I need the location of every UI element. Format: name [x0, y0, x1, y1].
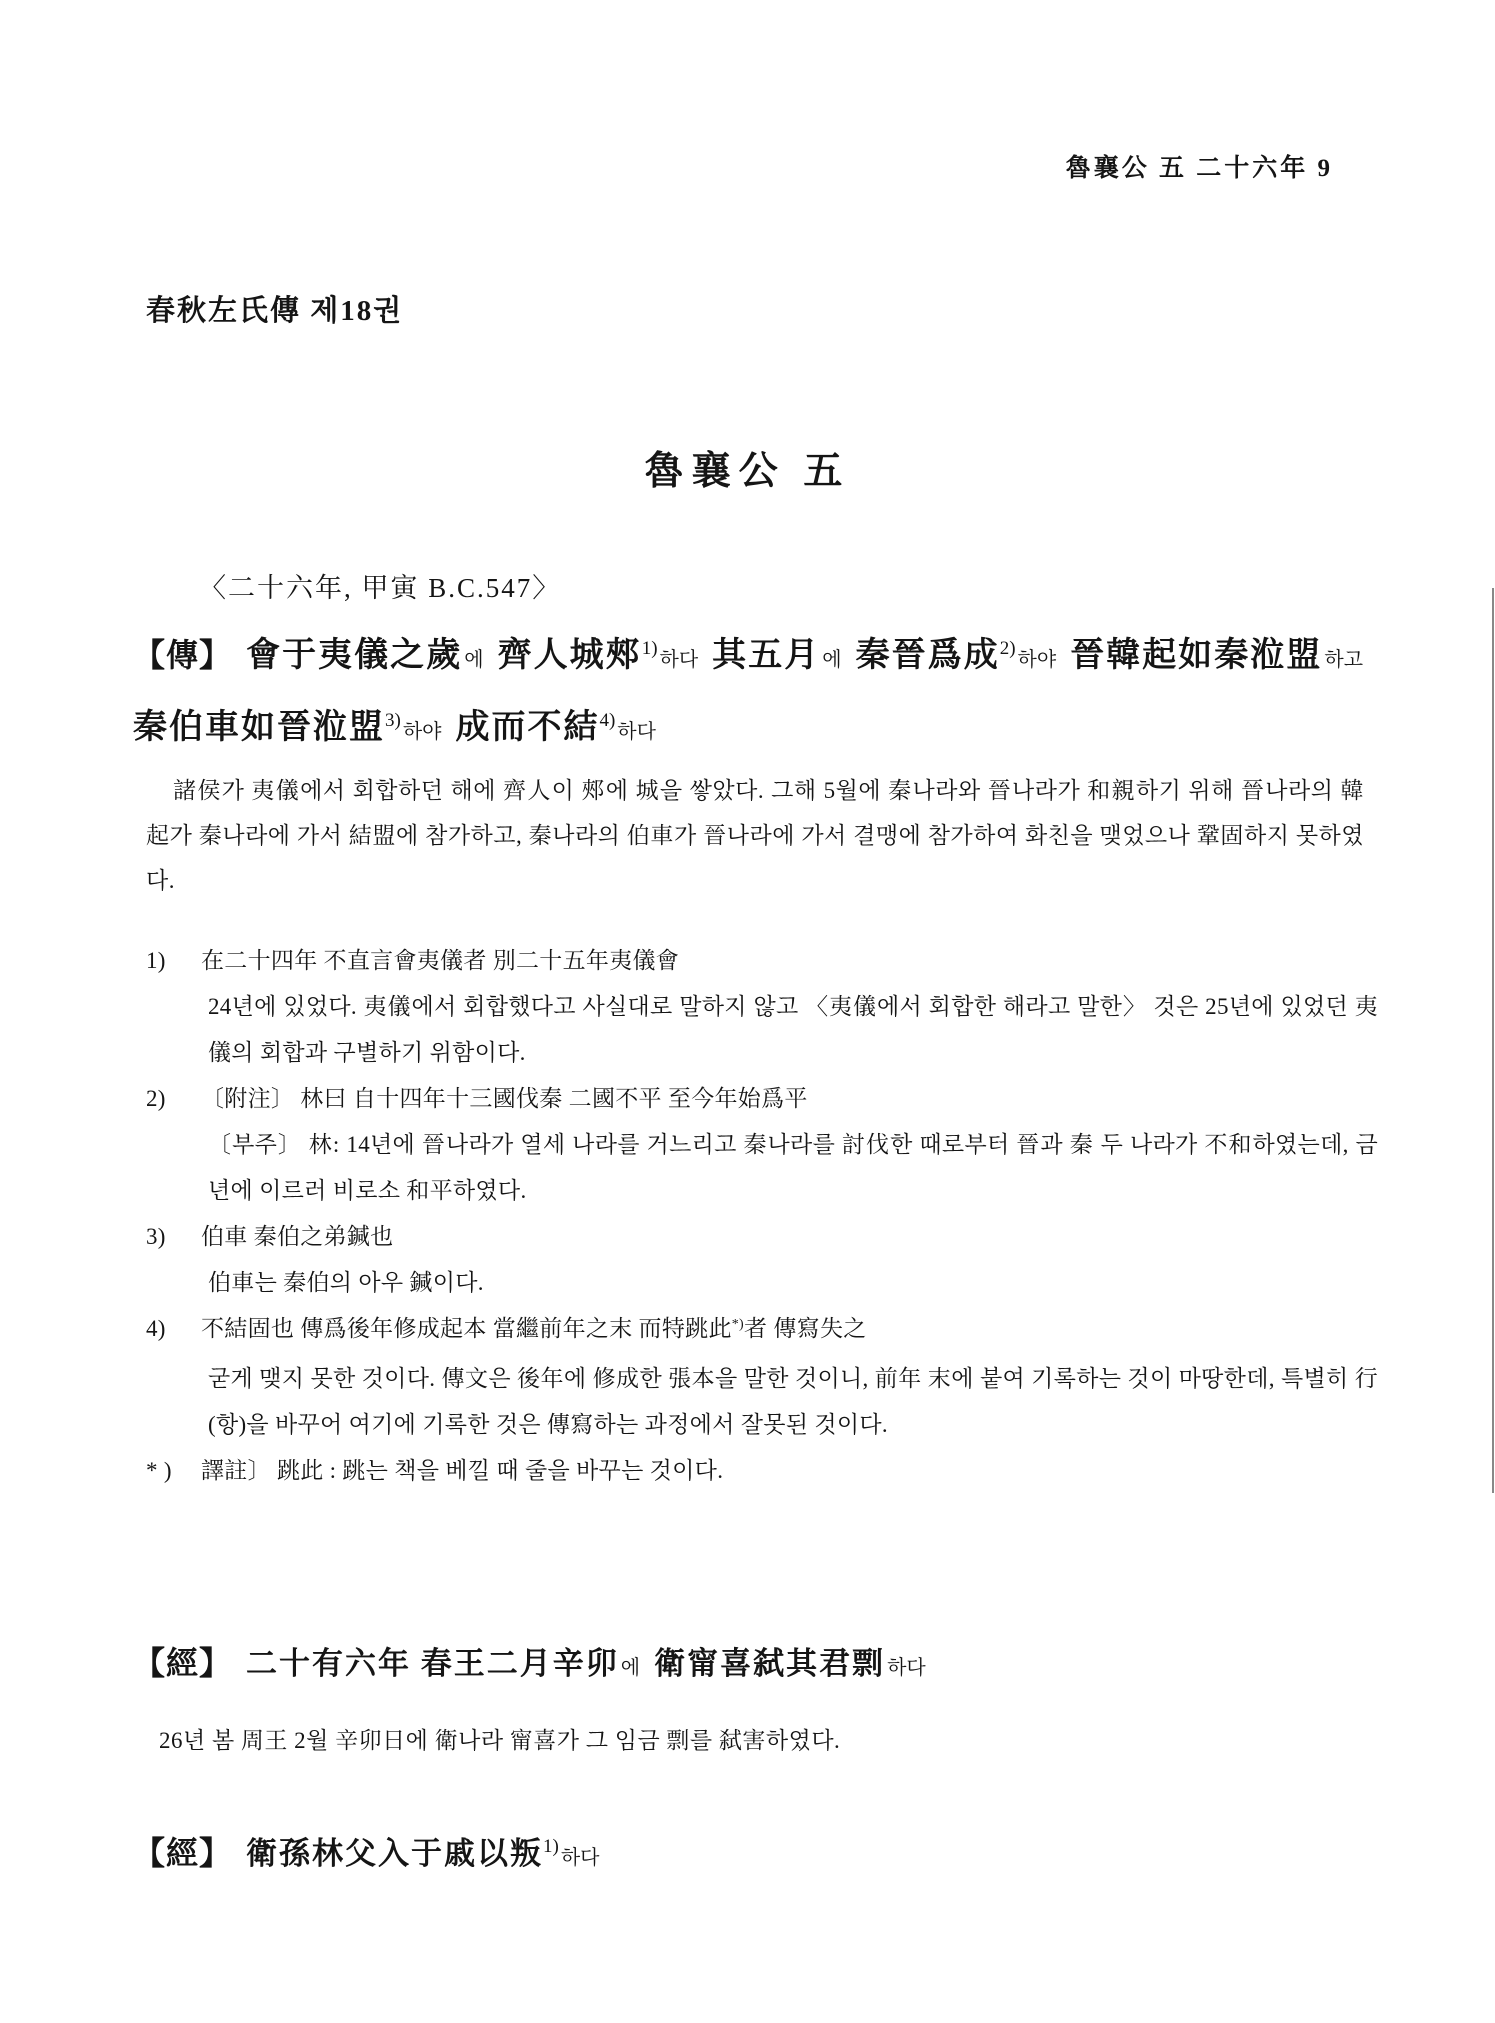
footnote-number: 2): [146, 1076, 201, 1122]
footnote-head-text: 譯註〕 跳此 : 跳는 책을 베낄 때 줄을 바꾸는 것이다.: [201, 1458, 723, 1483]
jeon-label: 【傳】: [133, 637, 232, 673]
footnote-head: 4)不結固也 傳爲後年修成起本 當繼前年之末 而特跳此*)者 傳寫失之: [146, 1306, 1378, 1356]
footnote-list: 1)在二十四年 不直言會夷儀者 別二十五年夷儀會 24년에 있었다. 夷儀에서 …: [146, 938, 1378, 1494]
footnote-number: 4): [146, 1306, 201, 1352]
jeon-passage: 【傳】會于夷儀之歲에齊人城郟1)하다其五月에秦晉爲成2)하야晉韓起如秦涖盟하고秦…: [133, 622, 1377, 767]
footnote-number: * ): [146, 1448, 201, 1494]
footnote-head-text: 不結固也 傳爲後年修成起本 當繼前年之末 而特跳此*)者 傳寫失之: [201, 1316, 867, 1341]
footnote-number: 1): [146, 938, 201, 984]
segment-hanja: 其五月: [712, 637, 820, 674]
segment-ko: 에: [621, 1657, 640, 1679]
footnote-1: 1)在二十四年 不直言會夷儀者 別二十五年夷儀會 24년에 있었다. 夷儀에서 …: [146, 938, 1378, 1076]
chapter-title: 魯襄公 五: [0, 440, 1495, 496]
footnote-body: 굳게 맺지 못한 것이다. 傳文은 後年에 修成한 張本을 말한 것이니, 前年…: [146, 1356, 1378, 1448]
year-subtitle: 〈二十六年, 甲寅 B.C.547〉: [199, 566, 561, 605]
segment-hanja: 不結固也 傳爲後年修成起本 當繼前年之末 而特跳此: [201, 1316, 732, 1341]
segment-hanja: 齊人城郟: [498, 637, 642, 674]
footnote-head-text: 伯車 秦伯之弟鍼也: [201, 1224, 393, 1249]
gyeong-label: 【經】: [133, 1645, 232, 1681]
segment-hanja: 衛孫林父入于戚以叛: [246, 1836, 543, 1871]
gyeong-text: 二十有六年 春王二月辛卯에衛甯喜弑其君剽하다: [246, 1661, 940, 1678]
book-title: 春秋左氏傳 제18권: [146, 288, 403, 329]
segment-sup: 3): [385, 710, 401, 731]
segment-sup: 4): [599, 710, 615, 731]
footnote-number: 3): [146, 1214, 201, 1260]
footnote-head: 3)伯車 秦伯之弟鍼也: [146, 1214, 1378, 1260]
gyeong-passage-2: 【經】衛孫林父入于戚以叛1)하다: [133, 1828, 1377, 1885]
document-page: 魯襄公 五 二十六年 9 春秋左氏傳 제18권 魯襄公 五 〈二十六年, 甲寅 …: [0, 0, 1495, 2023]
segment-ko: 하고: [1324, 649, 1363, 671]
footnote-head-text: 〔附注〕 林曰 自十四年十三國伐秦 二國不平 至今年始爲平: [201, 1086, 808, 1111]
jeon-translation: 諸侯가 夷儀에서 회합하던 해에 齊人이 郟에 城을 쌓았다. 그해 5월에 秦…: [146, 768, 1364, 903]
footnote-head: 1)在二十四年 不直言會夷儀者 別二十五年夷儀會: [146, 938, 1378, 984]
footnote-3: 3)伯車 秦伯之弟鍼也 伯車는 秦伯의 아우 鍼이다.: [146, 1214, 1378, 1306]
segment-sup: *): [732, 1317, 744, 1332]
segment-ko: 하다: [887, 1657, 926, 1679]
footnote-body: 24년에 있었다. 夷儀에서 회합했다고 사실대로 말하지 않고 〈夷儀에서 회…: [146, 984, 1378, 1076]
segment-ko: 하다: [561, 1847, 600, 1869]
segment-hanja: 秦晉爲成: [856, 637, 1000, 674]
scan-artifact-line: [1492, 588, 1494, 1493]
segment-hanja: 衛甯喜弑其君剽: [654, 1646, 885, 1681]
footnote-4: 4)不結固也 傳爲後年修成起本 當繼前年之末 而特跳此*)者 傳寫失之 굳게 맺…: [146, 1306, 1378, 1448]
footnote-head: * )譯註〕 跳此 : 跳는 책을 베낄 때 줄을 바꾸는 것이다.: [146, 1448, 1378, 1494]
running-header: 魯襄公 五 二十六年 9: [1066, 148, 1333, 184]
segment-sup: 1): [642, 638, 658, 659]
segment-hanja: 會于夷儀之歲: [246, 637, 462, 674]
segment-ko: 에: [822, 649, 841, 671]
segment-ko: 하다: [660, 649, 699, 671]
gyeong-label: 【經】: [133, 1835, 232, 1871]
segment-hanja: 二十有六年 春王二月辛卯: [246, 1646, 619, 1681]
footnote-2: 2)〔附注〕 林曰 自十四年十三國伐秦 二國不平 至今年始爲平 〔부주〕 林: …: [146, 1076, 1378, 1214]
footnote-body: 〔부주〕 林: 14년에 晉나라가 열세 나라를 거느리고 秦나라를 討伐한 때…: [146, 1122, 1378, 1214]
segment-hanja: 晉韓起如秦涖盟: [1070, 637, 1322, 674]
footnote-body: 伯車는 秦伯의 아우 鍼이다.: [146, 1260, 1378, 1306]
jeon-text: 會于夷儀之歲에齊人城郟1)하다其五月에秦晉爲成2)하야晉韓起如秦涖盟하고秦伯車如…: [133, 653, 1377, 742]
segment-ko: 하야: [403, 721, 442, 743]
segment-sup: 2): [1000, 638, 1016, 659]
gyeong-translation-1: 26년 봄 周王 2월 辛卯日에 衛나라 甯喜가 그 임금 剽를 弑害하였다.: [159, 1718, 1369, 1763]
gyeong-passage-1: 【經】二十有六年 春王二月辛卯에衛甯喜弑其君剽하다: [133, 1638, 1377, 1695]
segment-ko: 하야: [1018, 649, 1057, 671]
segment-hanja: 者 傳寫失之: [744, 1316, 867, 1341]
segment-hanja: 成而不結: [455, 709, 599, 746]
footnote-head-text: 在二十四年 不直言會夷儀者 別二十五年夷儀會: [201, 948, 679, 973]
segment-ko: 에: [464, 649, 483, 671]
footnote-head: 2)〔附注〕 林曰 自十四年十三國伐秦 二國不平 至今年始爲平: [146, 1076, 1378, 1122]
segment-sup: 1): [543, 1836, 559, 1857]
segment-hanja: 秦伯車如晉涖盟: [133, 709, 385, 746]
footnote-translator-note: * )譯註〕 跳此 : 跳는 책을 베낄 때 줄을 바꾸는 것이다.: [146, 1448, 1378, 1494]
segment-ko: 하다: [617, 721, 656, 743]
gyeong-text: 衛孫林父入于戚以叛1)하다: [246, 1851, 613, 1868]
